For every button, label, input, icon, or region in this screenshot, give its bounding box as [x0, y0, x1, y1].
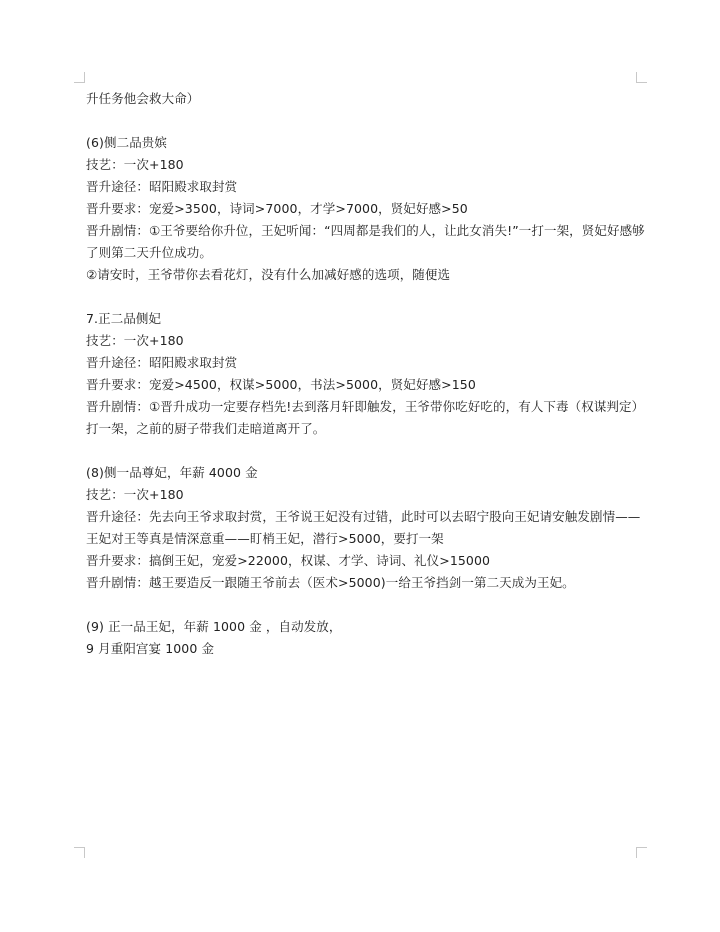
blank-line: [86, 594, 646, 616]
section-7-path: 晋升途径：昭阳殿求取封赏: [86, 352, 646, 374]
section-7-requirements: 晋升要求：宠爱>4500，权谋>5000，书法>5000，贤妃好感>150: [86, 374, 646, 396]
paragraph-continuation: 升任务他会救大命）: [86, 88, 646, 110]
page-corner-mark-top-right: [636, 72, 647, 83]
section-8-requirements: 晋升要求：搞倒王妃，宠爱>22000，权谋、才学、诗词、礼仪>15000: [86, 550, 646, 572]
blank-line: [86, 286, 646, 308]
document-body: 升任务他会救大命） (6)侧二品贵嫔 技艺：一次+180 晋升途径：昭阳殿求取封…: [86, 88, 646, 660]
section-heading-7: 7.正二品侧妃: [86, 308, 646, 330]
section-6-requirements: 晋升要求：宠爱>3500，诗词>7000，才学>7000，贤妃好感>50: [86, 198, 646, 220]
section-7-skill: 技艺：一次+180: [86, 330, 646, 352]
blank-line: [86, 440, 646, 462]
page-corner-mark-bottom-left: [74, 847, 85, 858]
section-6-story-2: ②请安时，王爷带你去看花灯，没有什么加减好感的选项，随便选: [86, 264, 646, 286]
section-heading-8: (8)侧一品尊妃，年薪 4000 金: [86, 462, 646, 484]
section-8-story: 晋升剧情：越王要造反一跟随王爷前去（医术>5000)一给王爷挡剑一第二天成为王妃…: [86, 572, 646, 594]
page-corner-mark-bottom-right: [636, 847, 647, 858]
section-8-path: 晋升途径：先去向王爷求取封赏，王爷说王妃没有过错，此时可以去昭宁股向王妃请安触发…: [86, 506, 646, 550]
section-6-skill: 技艺：一次+180: [86, 154, 646, 176]
section-8-skill: 技艺：一次+180: [86, 484, 646, 506]
blank-line: [86, 110, 646, 132]
section-heading-9: (9) 正一品王妃，年薪 1000 金 ，自动发放，: [86, 616, 646, 638]
section-6-story-1: 晋升剧情：①王爷要给你升位，王妃听闻：“四周都是我们的人，让此女消失!”一打一架…: [86, 220, 646, 264]
section-heading-6: (6)侧二品贵嫔: [86, 132, 646, 154]
section-9-note: 9 月重阳宫宴 1000 金: [86, 638, 646, 660]
section-7-story: 晋升剧情：①晋升成功一定要存档先!去到落月轩即触发，王爷带你吃好吃的，有人下毒（…: [86, 396, 646, 440]
page-corner-mark-top-left: [74, 72, 85, 83]
section-6-path: 晋升途径：昭阳殿求取封赏: [86, 176, 646, 198]
document-page: 升任务他会救大命） (6)侧二品贵嫔 技艺：一次+180 晋升途径：昭阳殿求取封…: [0, 0, 720, 932]
